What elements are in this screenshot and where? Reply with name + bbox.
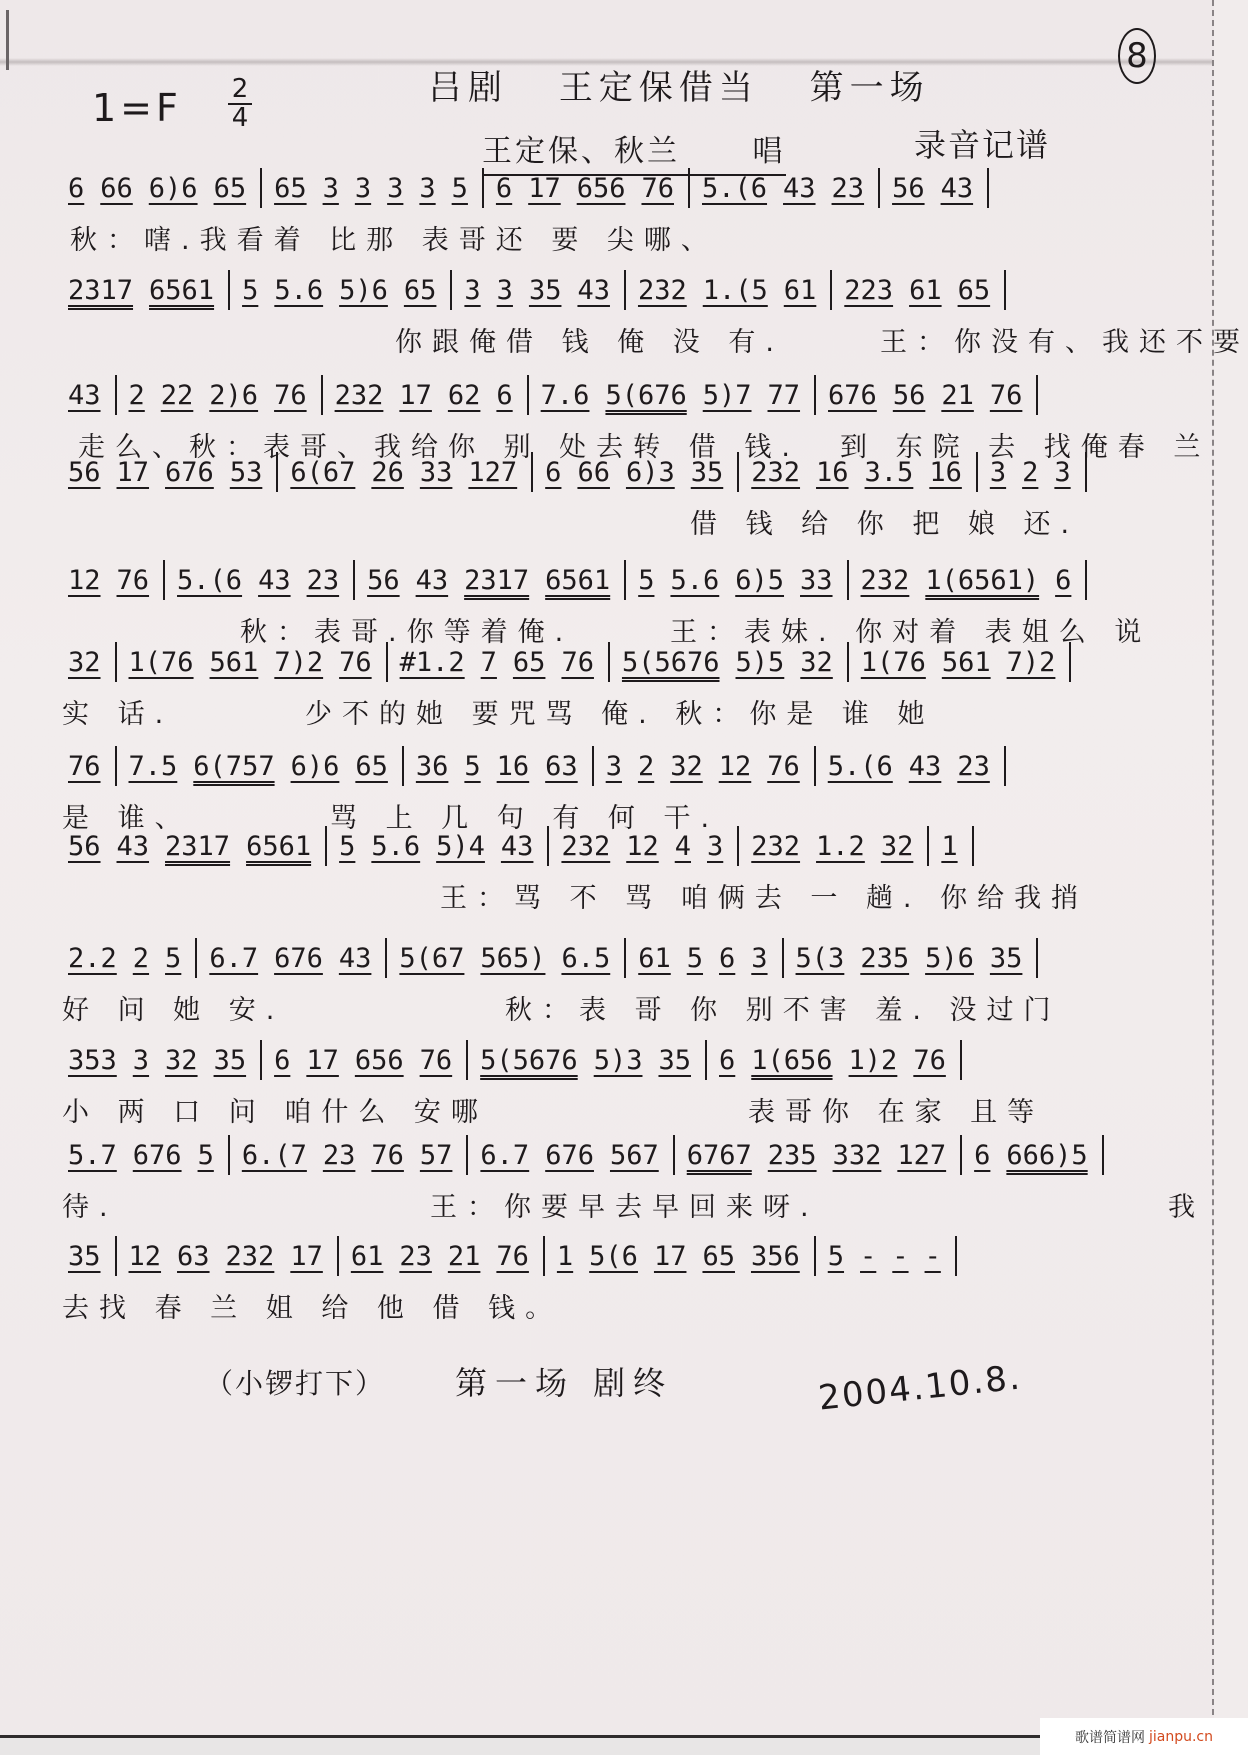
measure: 2222)676 bbox=[117, 375, 323, 415]
note-group: 232 bbox=[561, 831, 610, 862]
note-group: 32 bbox=[670, 751, 703, 782]
score-row: 35333235617656765(56765)33561(6561)276小 … bbox=[60, 1040, 1200, 1080]
note-group: 565) bbox=[480, 943, 545, 974]
note-group: 56 bbox=[68, 831, 101, 862]
note-group: 35 bbox=[691, 457, 724, 488]
watermark-domain: jianpu.cn bbox=[1149, 1729, 1213, 1745]
score-row: 432222)676232176267.65(6765)777676562176… bbox=[60, 375, 1200, 415]
note-group: 1(76 bbox=[861, 647, 926, 678]
note-group: 43 bbox=[909, 751, 942, 782]
note-group: 57 bbox=[420, 1140, 453, 1171]
note-group: 6)6 bbox=[291, 751, 340, 782]
lyrics-line: 待. bbox=[62, 1185, 118, 1224]
note-group: 6767 bbox=[687, 1140, 752, 1171]
score-row: 767.56(7576)6653651663323212765.(64323是 … bbox=[60, 746, 1200, 786]
note-group: 676 bbox=[828, 380, 877, 411]
note-group: 32 bbox=[165, 1045, 198, 1076]
note-group: 3 bbox=[990, 457, 1006, 488]
note-group: 2317 bbox=[165, 831, 230, 862]
measure: 323 bbox=[978, 452, 1087, 492]
note-group: 5(6 bbox=[589, 1241, 638, 1272]
note-group: 3 bbox=[707, 831, 723, 862]
note-group: 6.5 bbox=[561, 943, 610, 974]
note-group: 76 bbox=[561, 647, 594, 678]
measure: 2321.(561 bbox=[626, 270, 832, 310]
note-group: 2.2 bbox=[68, 943, 117, 974]
note-group: 33 bbox=[420, 457, 453, 488]
note-group: 6 bbox=[496, 173, 512, 204]
note-group: 26 bbox=[371, 457, 404, 488]
lyrics-line: 秋：嗐.我看着 比那 表哥还 要 尖哪、 bbox=[70, 218, 718, 257]
score-page: 1=F 2 4 吕剧 王定保借当 第一场 8 王定保、秋兰 唱 录音记谱 666… bbox=[0, 0, 1214, 1735]
measure: 55.65)443 bbox=[327, 826, 549, 866]
note-group: 33 bbox=[800, 565, 833, 596]
measure: 7.65(6765)777 bbox=[529, 375, 816, 415]
note-group: 35 bbox=[214, 1045, 247, 1076]
note-group: 36 bbox=[416, 751, 449, 782]
note-group: 666)5 bbox=[1006, 1140, 1087, 1171]
note-group: 5 bbox=[464, 751, 480, 782]
score-row: 321(765617)276#1.2765765(56765)5321(7656… bbox=[60, 642, 1200, 682]
lyrics-line: 秋：表 哥 你 别不害 羞. 没过门 bbox=[505, 988, 1061, 1027]
measure: 6.(7237657 bbox=[230, 1135, 469, 1175]
note-group: 6.(7 bbox=[242, 1140, 307, 1171]
note-group: 76 bbox=[68, 751, 101, 782]
measure: 5(32355)635 bbox=[784, 938, 1039, 978]
note-group: 1 bbox=[557, 1241, 573, 1272]
note-group: 12 bbox=[626, 831, 659, 862]
note-group: 5)6 bbox=[925, 943, 974, 974]
key-signature: 1=F bbox=[92, 86, 182, 130]
note-group: 3.5 bbox=[865, 457, 914, 488]
note-group: 63 bbox=[545, 751, 578, 782]
measure: 1276 bbox=[60, 560, 165, 600]
note-group: 76 bbox=[913, 1045, 946, 1076]
measure: 55.66)533 bbox=[626, 560, 848, 600]
lyrics-line: 王：骂 不 骂 咱俩去 一 趟. 你给我捎 bbox=[440, 876, 1088, 915]
measure: 7.56(7576)665 bbox=[117, 746, 404, 786]
note-group: 2317 bbox=[68, 275, 133, 306]
note-group: 3 bbox=[387, 173, 403, 204]
note-group: 7)2 bbox=[274, 647, 323, 678]
note-group: 76 bbox=[339, 647, 372, 678]
score-row: 12765.(6432356432317656155.66)5332321(65… bbox=[60, 560, 1200, 600]
note-group: 61 bbox=[351, 1241, 384, 1272]
lyrics-line: 去找 春 兰 姐 给 他 借 钱。 bbox=[62, 1286, 562, 1325]
measure: 61765676 bbox=[262, 1040, 468, 1080]
note-group: 5.(6 bbox=[828, 751, 893, 782]
notation-line: 767.56(7576)6653651663323212765.(64323 bbox=[60, 746, 1200, 786]
note-group: 232 bbox=[751, 457, 800, 488]
note-group: 32 bbox=[881, 831, 914, 862]
note-group: 65 bbox=[513, 647, 546, 678]
notation-line: 432222)676232176267.65(6765)777676562176 bbox=[60, 375, 1200, 415]
note-group: - bbox=[892, 1241, 908, 1272]
notation-line: 6666)6656533335617656765.(643235643 bbox=[60, 168, 1200, 208]
note-group: 567 bbox=[610, 1140, 659, 1171]
note-group: 65 bbox=[274, 173, 307, 204]
note-group: 56 bbox=[367, 565, 400, 596]
note-group: 2317 bbox=[464, 565, 529, 596]
note-group: 16 bbox=[929, 457, 962, 488]
note-group: 56 bbox=[893, 380, 926, 411]
note-group: 17 bbox=[306, 1045, 339, 1076]
note-group: 43 bbox=[783, 173, 816, 204]
note-group: 332 bbox=[833, 1140, 882, 1171]
measure: 6.7676567 bbox=[468, 1135, 674, 1175]
note-group: 235 bbox=[860, 943, 909, 974]
time-signature-bottom: 4 bbox=[232, 107, 249, 130]
lyrics-line: 实 话. bbox=[62, 692, 173, 731]
note-group: 65 bbox=[355, 751, 388, 782]
note-group: 43 bbox=[117, 831, 150, 862]
lyrics-line: 小 两 口 问 咱什么 安哪 bbox=[62, 1090, 488, 1129]
note-group: 5)5 bbox=[736, 647, 785, 678]
measure: 6533335 bbox=[262, 168, 484, 208]
note-group: 7.6 bbox=[541, 380, 590, 411]
note-group: 1(6561) bbox=[925, 565, 1039, 596]
note-group: 561 bbox=[942, 647, 991, 678]
measure: 5--- bbox=[816, 1236, 957, 1276]
note-group: 5(67 bbox=[399, 943, 464, 974]
note-group: 2)6 bbox=[209, 380, 258, 411]
note-group: 23 bbox=[399, 1241, 432, 1272]
note-group: 3 bbox=[355, 173, 371, 204]
note-group: 5 bbox=[828, 1241, 844, 1272]
note-group: 5 bbox=[687, 943, 703, 974]
notation-line: 35333235617656765(56765)33561(6561)276 bbox=[60, 1040, 1200, 1080]
note-group: 12 bbox=[129, 1241, 162, 1272]
note-group: 63 bbox=[177, 1241, 210, 1272]
note-group: 356 bbox=[751, 1241, 800, 1272]
note-group: 76 bbox=[496, 1241, 529, 1272]
note-group: - bbox=[860, 1241, 876, 1272]
note-group: 3 bbox=[751, 943, 767, 974]
note-group: 6561 bbox=[545, 565, 610, 596]
note-group: 6 bbox=[545, 457, 561, 488]
measure: 23176561 bbox=[60, 270, 230, 310]
note-group: 5)7 bbox=[703, 380, 752, 411]
measure: 564323176561 bbox=[355, 560, 626, 600]
note-group: 61 bbox=[909, 275, 942, 306]
note-group: 127 bbox=[897, 1140, 946, 1171]
measure: 61563 bbox=[626, 938, 783, 978]
note-group: 35 bbox=[990, 943, 1023, 974]
note-group: 232 bbox=[226, 1241, 275, 1272]
note-group: 7)2 bbox=[1007, 647, 1056, 678]
note-group: 5 bbox=[339, 831, 355, 862]
note-group: 3 bbox=[1054, 457, 1070, 488]
note-group: 1.(5 bbox=[703, 275, 768, 306]
measure: 126323217 bbox=[117, 1236, 339, 1276]
measure: 5(56765)532 bbox=[610, 642, 849, 682]
note-group: 77 bbox=[768, 380, 801, 411]
note-group: 676 bbox=[165, 457, 214, 488]
notation-line: 2.2256.7676435(67565)6.5615635(32355)635 bbox=[60, 938, 1200, 978]
measure: 55.65)665 bbox=[230, 270, 452, 310]
measure: 5.(64323 bbox=[816, 746, 1006, 786]
note-group: 2 bbox=[129, 380, 145, 411]
note-group: 61 bbox=[638, 943, 671, 974]
lyrics-line: 借 钱 给 你 把 娘 还. bbox=[690, 502, 1079, 541]
note-group: 17 bbox=[399, 380, 432, 411]
title-scene: 第一场 bbox=[810, 68, 930, 108]
measure: 6(672633127 bbox=[278, 452, 533, 492]
stage-direction: （小锣打下） bbox=[205, 1362, 385, 1402]
notation-line: 351263232176123217615(617653565--- bbox=[60, 1236, 1200, 1276]
note-group: 35 bbox=[658, 1045, 691, 1076]
measure: 232163.516 bbox=[739, 452, 978, 492]
transcription-date: 2004.10.8. bbox=[816, 1357, 1023, 1418]
note-group: 56 bbox=[68, 457, 101, 488]
note-group: 1(76 bbox=[129, 647, 194, 678]
note-group: 16 bbox=[816, 457, 849, 488]
lyrics-line: 少不的她 要咒骂 俺. 秋：你是 谁 她 bbox=[305, 692, 935, 731]
note-group: 235 bbox=[768, 1140, 817, 1171]
title-play: 王定保借当 bbox=[559, 68, 759, 108]
measure: 5.76765 bbox=[60, 1135, 230, 1175]
note-group: 5 bbox=[452, 173, 468, 204]
measure: 43 bbox=[60, 375, 117, 415]
note-group: 3 bbox=[323, 173, 339, 204]
note-group: 6561 bbox=[149, 275, 214, 306]
notation-line: 12765.(6432356432317656155.66)5332321(65… bbox=[60, 560, 1200, 600]
page-number-badge: 8 bbox=[1118, 28, 1156, 84]
note-group: 2 bbox=[638, 751, 654, 782]
measure: 35 bbox=[60, 1236, 117, 1276]
note-group: 61 bbox=[784, 275, 817, 306]
lyrics-line: 你跟俺借 钱 俺 没 有. bbox=[395, 320, 784, 359]
measure: 15(61765356 bbox=[545, 1236, 816, 1276]
measure: 61765676 bbox=[484, 168, 690, 208]
note-group: 5 bbox=[165, 943, 181, 974]
note-group: 5.(6 bbox=[177, 565, 242, 596]
note-group: 223 bbox=[844, 275, 893, 306]
note-group: 3 bbox=[464, 275, 480, 306]
note-group: 43 bbox=[339, 943, 372, 974]
note-group: 21 bbox=[448, 1241, 481, 1272]
note-group: 32 bbox=[68, 647, 101, 678]
note-group: 76 bbox=[990, 380, 1023, 411]
measure: 5(67565)6.5 bbox=[387, 938, 626, 978]
score-row: 351263232176123217615(617653565---去找 春 兰… bbox=[60, 1236, 1200, 1276]
note-group: 53 bbox=[230, 457, 263, 488]
note-group: 232 bbox=[751, 831, 800, 862]
note-group: 5.(6 bbox=[702, 173, 767, 204]
score-row: 2317656155.65)6653335432321.(5612236165你… bbox=[60, 270, 1200, 310]
note-group: 6 bbox=[719, 1045, 735, 1076]
score-row: 5.767656.(72376576.767656767672353321276… bbox=[60, 1135, 1200, 1175]
measure: 2321.232 bbox=[739, 826, 929, 866]
measure: 32 bbox=[60, 642, 117, 682]
note-group: 4 bbox=[675, 831, 691, 862]
note-group: 3 bbox=[606, 751, 622, 782]
note-group: 656 bbox=[355, 1045, 404, 1076]
measure: #1.276576 bbox=[388, 642, 610, 682]
note-group: 43 bbox=[501, 831, 534, 862]
note-group: 6561 bbox=[246, 831, 311, 862]
note-group: 6.7 bbox=[209, 943, 258, 974]
notation-line: 5617676536(6726331276666)335232163.51632… bbox=[60, 452, 1200, 492]
note-group: 35 bbox=[68, 1241, 101, 1272]
measure: 61232176 bbox=[339, 1236, 545, 1276]
note-group: 43 bbox=[416, 565, 449, 596]
note-group: 43 bbox=[577, 275, 610, 306]
measure: 23217626 bbox=[323, 375, 529, 415]
score-row: 56432317656155.65)44323212432321.2321王：骂… bbox=[60, 826, 1200, 866]
measure: 5(56765)335 bbox=[468, 1040, 707, 1080]
note-group: 232 bbox=[335, 380, 384, 411]
measure: 5.(64323 bbox=[690, 168, 880, 208]
note-group: 5.6 bbox=[670, 565, 719, 596]
note-group: 76 bbox=[767, 751, 800, 782]
note-group: 12 bbox=[68, 565, 101, 596]
paper-edge-mark bbox=[6, 10, 9, 70]
note-group: 12 bbox=[719, 751, 752, 782]
lyrics-line: 好 问 她 安. bbox=[62, 988, 284, 1027]
note-group: 23 bbox=[307, 565, 340, 596]
note-group: 5)3 bbox=[594, 1045, 643, 1076]
note-group: 43 bbox=[68, 380, 101, 411]
measure: 61(6561)276 bbox=[707, 1040, 962, 1080]
measure: 1 bbox=[929, 826, 973, 866]
measure: 676562176 bbox=[816, 375, 1038, 415]
note-group: 676 bbox=[133, 1140, 182, 1171]
measure: 564323176561 bbox=[60, 826, 327, 866]
note-group: 5)6 bbox=[339, 275, 388, 306]
note-group: 6)6 bbox=[149, 173, 198, 204]
note-group: 6 bbox=[68, 173, 84, 204]
note-group: 17 bbox=[528, 173, 561, 204]
note-group: 17 bbox=[117, 457, 150, 488]
measure: 3651663 bbox=[404, 746, 594, 786]
page-title: 吕剧 王定保借当 第一场 bbox=[428, 60, 964, 109]
note-group: 21 bbox=[941, 380, 974, 411]
note-group: 5(676 bbox=[605, 380, 686, 411]
note-group: 76 bbox=[274, 380, 307, 411]
note-group: - bbox=[925, 1241, 941, 1272]
note-group: 561 bbox=[210, 647, 259, 678]
note-group: 5(5676 bbox=[622, 647, 720, 678]
note-group: 232 bbox=[638, 275, 687, 306]
measure: 32321276 bbox=[594, 746, 816, 786]
note-group: 6(67 bbox=[290, 457, 355, 488]
note-group: 127 bbox=[468, 457, 517, 488]
note-group: 3 bbox=[419, 173, 435, 204]
time-signature-top: 2 bbox=[232, 78, 249, 101]
measure: 2321243 bbox=[549, 826, 739, 866]
note-group: 7 bbox=[481, 647, 497, 678]
sing-label: 唱 bbox=[753, 134, 786, 169]
note-group: 1 bbox=[941, 831, 957, 862]
note-group: 43 bbox=[258, 565, 291, 596]
score-row: 5617676536(6726331276666)335232163.51632… bbox=[60, 452, 1200, 492]
time-signature: 2 4 bbox=[228, 78, 252, 131]
note-group: 1.2 bbox=[816, 831, 865, 862]
measure: 2.225 bbox=[60, 938, 197, 978]
note-group: 23 bbox=[323, 1140, 356, 1171]
note-group: 35 bbox=[529, 275, 562, 306]
score-row: 6666)6656533335617656765.(643235643秋：嗐.我… bbox=[60, 168, 1200, 208]
score-row: 2.2256.7676435(67565)6.5615635(32355)635… bbox=[60, 938, 1200, 978]
note-group: 2 bbox=[133, 943, 149, 974]
measure: 6666)335 bbox=[533, 452, 739, 492]
note-group: 353 bbox=[68, 1045, 117, 1076]
note-group: 65 bbox=[702, 1241, 735, 1272]
note-group: 6.7 bbox=[480, 1140, 529, 1171]
note-group: 5 bbox=[198, 1140, 214, 1171]
note-group: 6 bbox=[496, 380, 512, 411]
measure: 76 bbox=[60, 746, 117, 786]
note-group: 656 bbox=[577, 173, 626, 204]
note-group: 22 bbox=[161, 380, 194, 411]
note-group: 76 bbox=[641, 173, 674, 204]
measure: 1(765617)276 bbox=[117, 642, 388, 682]
note-group: 5 bbox=[242, 275, 258, 306]
note-group: 232 bbox=[861, 565, 910, 596]
note-group: 5(3 bbox=[796, 943, 845, 974]
measure: 5643 bbox=[880, 168, 989, 208]
measure: 561767653 bbox=[60, 452, 278, 492]
note-group: 6 bbox=[719, 943, 735, 974]
note-group: 6 bbox=[974, 1140, 990, 1171]
note-group: 6 bbox=[1055, 565, 1071, 596]
measure: 2236165 bbox=[832, 270, 1006, 310]
note-group: 66 bbox=[577, 457, 610, 488]
note-group: #1.2 bbox=[400, 647, 465, 678]
lyrics-line: 王：你没有、我还不要 bbox=[880, 320, 1248, 359]
measure: 6.767643 bbox=[197, 938, 387, 978]
measure: 1(765617)2 bbox=[849, 642, 1072, 682]
measure: 333543 bbox=[452, 270, 626, 310]
singers-names: 王定保、秋兰 bbox=[482, 134, 680, 169]
note-group: 76 bbox=[371, 1140, 404, 1171]
note-group: 65 bbox=[958, 275, 991, 306]
note-group: 6)5 bbox=[735, 565, 784, 596]
note-group: 3 bbox=[133, 1045, 149, 1076]
note-group: 76 bbox=[117, 565, 150, 596]
note-group: 17 bbox=[290, 1241, 323, 1272]
lyrics-line: 王：你要早去早回来呀. bbox=[430, 1185, 819, 1224]
notation-line: 2317656155.65)6653335432321.(5612236165 bbox=[60, 270, 1200, 310]
note-group: 5)4 bbox=[436, 831, 485, 862]
note-group: 1)2 bbox=[849, 1045, 898, 1076]
note-group: 5.6 bbox=[274, 275, 323, 306]
site-watermark: 歌谱简谱网 jianpu.cn bbox=[1040, 1718, 1248, 1755]
note-group: 5 bbox=[638, 565, 654, 596]
note-group: 676 bbox=[274, 943, 323, 974]
note-group: 56 bbox=[892, 173, 925, 204]
note-group: 66 bbox=[100, 173, 133, 204]
note-group: 3 bbox=[497, 275, 513, 306]
note-group: 65 bbox=[404, 275, 437, 306]
watermark-site-name: 歌谱简谱网 bbox=[1075, 1727, 1145, 1747]
note-group: 5(5676 bbox=[480, 1045, 578, 1076]
measure: 6666)5 bbox=[962, 1135, 1104, 1175]
note-group: 16 bbox=[497, 751, 530, 782]
note-group: 23 bbox=[832, 173, 865, 204]
note-group: 6)3 bbox=[626, 457, 675, 488]
notation-line: 5.767656.(72376576.767656767672353321276… bbox=[60, 1135, 1200, 1175]
note-group: 2 bbox=[1022, 457, 1038, 488]
notation-line: 56432317656155.65)44323212432321.2321 bbox=[60, 826, 1200, 866]
note-group: 1(656 bbox=[751, 1045, 832, 1076]
note-group: 65 bbox=[214, 173, 247, 204]
note-group: 43 bbox=[941, 173, 974, 204]
note-group: 17 bbox=[654, 1241, 687, 1272]
measure: 5.(64323 bbox=[165, 560, 355, 600]
note-group: 23 bbox=[957, 751, 990, 782]
